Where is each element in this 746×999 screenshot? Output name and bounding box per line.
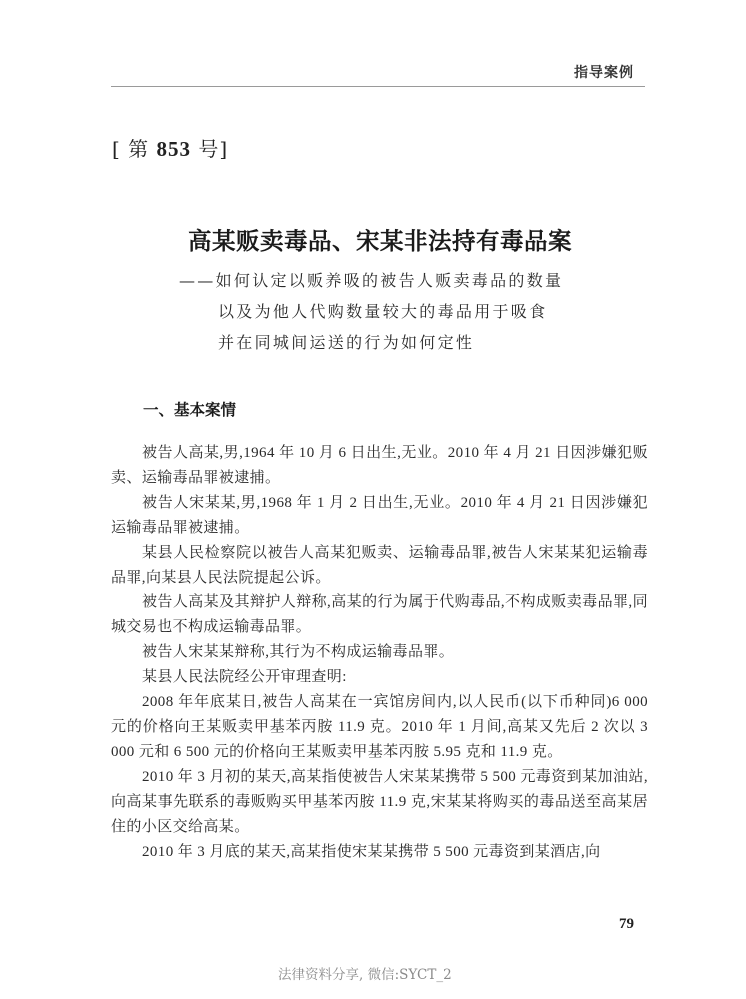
paragraph: 某县人民检察院以被告人高某犯贩卖、运输毒品罪,被告人宋某某犯运输毒品罪,向某县人… [111, 541, 648, 591]
paragraph: 2010 年 3 月底的某天,高某指使宋某某携带 5 500 元毒资到某酒店,向 [111, 840, 648, 865]
subtitle-line-1: ——如何认定以贩养吸的被告人贩卖毒品的数量 [179, 265, 563, 296]
paragraph: 2010 年 3 月初的某天,高某指使被告人宋某某携带 5 500 元毒资到某加… [111, 765, 648, 840]
page-number: 79 [619, 916, 634, 933]
case-number: [ 第 853 号] [112, 133, 228, 162]
case-subtitle: ——如何认定以贩养吸的被告人贩卖毒品的数量 以及为他人代购数量较大的毒品用于吸食… [179, 265, 563, 358]
paragraph: 被告人高某及其辩护人辩称,高某的行为属于代购毒品,不构成贩卖毒品罪,同城交易也不… [111, 590, 648, 640]
case-number-value: 853 [157, 137, 192, 161]
subtitle-line-3: 并在同城间运送的行为如何定性 [179, 327, 563, 358]
watermark: 法律资料分享, 微信:SYCT_2 [278, 963, 452, 983]
paragraph: 被告人宋某某辩称,其行为不构成运输毒品罪。 [111, 640, 648, 665]
section-heading: 一、基本案情 [143, 398, 236, 420]
paragraph: 某县人民法院经公开审理查明: [111, 665, 648, 690]
case-number-prefix: [ 第 [112, 137, 157, 161]
paragraph: 被告人高某,男,1964 年 10 月 6 日出生,无业。2010 年 4 月 … [111, 441, 648, 491]
running-header: 指导案例 [574, 62, 634, 82]
paragraph: 被告人宋某某,男,1968 年 1 月 2 日出生,无业。2010 年 4 月 … [111, 491, 648, 541]
case-number-suffix: 号] [191, 137, 228, 161]
header-rule [111, 86, 645, 87]
case-title: 高某贩卖毒品、宋某非法持有毒品案 [188, 222, 572, 256]
subtitle-line-2: 以及为他人代购数量较大的毒品用于吸食 [179, 296, 563, 327]
body-text: 被告人高某,男,1964 年 10 月 6 日出生,无业。2010 年 4 月 … [111, 441, 648, 864]
paragraph: 2008 年年底某日,被告人高某在一宾馆房间内,以人民币(以下币种同)6 000… [111, 690, 648, 765]
